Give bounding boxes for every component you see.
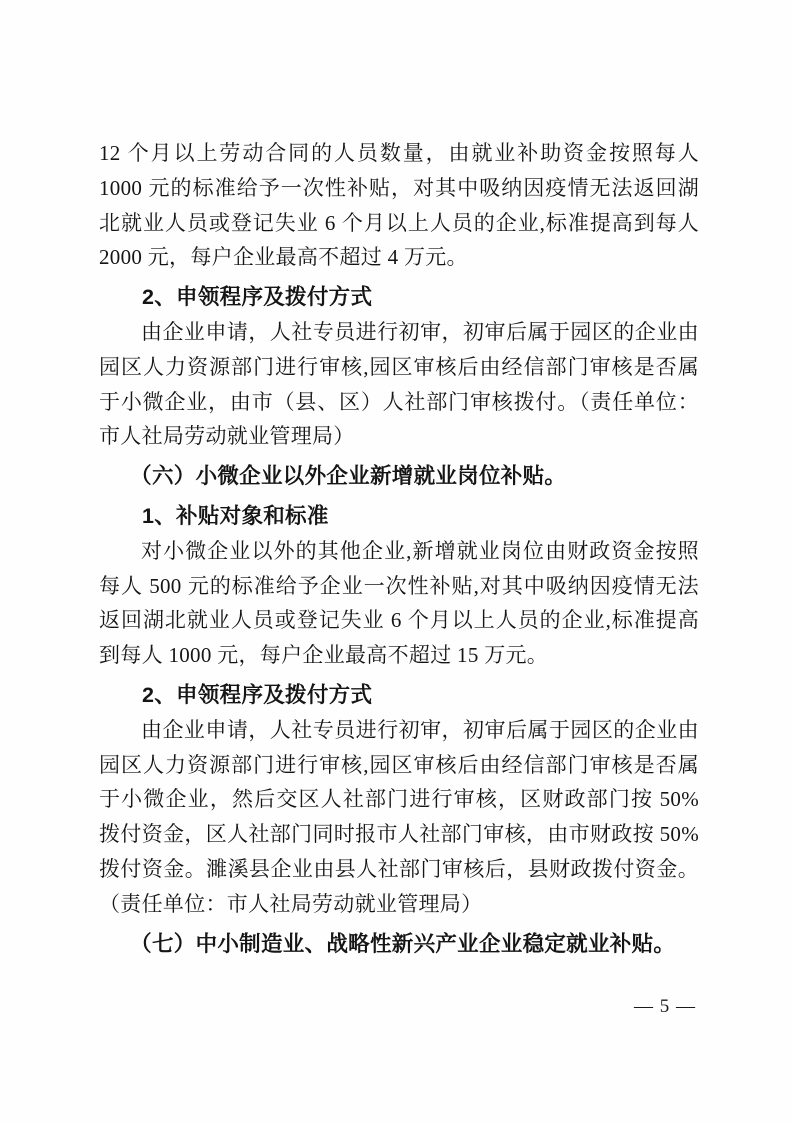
paragraph-block: 由企业申请，人社专员进行初审，初审后属于园区的企业由园区人力资源部门进行审核,园… — [99, 713, 699, 922]
text-line: 2、申领程序及拨付方式 — [99, 280, 699, 315]
text-line: 12 个月以上劳动合同的人员数量，由就业补助资金按照每人 — [99, 136, 699, 171]
paragraph-block: 12 个月以上劳动合同的人员数量，由就业补助资金按照每人1000 元的标准给予一… — [99, 136, 699, 275]
text-line: 1、补贴对象和标准 — [99, 499, 699, 534]
text-line: 园区人力资源部门进行审核,园区审核后由经信部门审核是否属 — [99, 748, 699, 783]
text-line: 返回湖北就业人员或登记失业 6 个月以上人员的企业,标准提高 — [99, 603, 699, 638]
text-line: 北就业人员或登记失业 6 个月以上人员的企业,标准提高到每人 — [99, 206, 699, 241]
text-line: 每人 500 元的标准给予企业一次性补贴,对其中吸纳因疫情无法 — [99, 569, 699, 604]
text-line: 市人社局劳动就业管理局） — [99, 419, 699, 454]
text-line: （六）小微企业以外企业新增就业岗位补贴。 — [99, 459, 699, 494]
text-line: 2、申领程序及拨付方式 — [99, 678, 699, 713]
text-line: 拨付资金。濉溪县企业由县人社部门审核后，县财政拨付资金。 — [99, 852, 699, 887]
text-line: 到每人 1000 元，每户企业最高不超过 15 万元。 — [99, 638, 699, 673]
text-line: 于小微企业，然后交区人社部门进行审核，区财政部门按 50% — [99, 782, 699, 817]
text-line: 对小微企业以外的其他企业,新增就业岗位由财政资金按照 — [99, 534, 699, 569]
text-line: 于小微企业，由市（县、区）人社部门审核拨付。（责任单位： — [99, 385, 699, 420]
text-line: （责任单位：市人社局劳动就业管理局） — [99, 887, 699, 922]
heading-block: 2、申领程序及拨付方式 — [99, 678, 699, 713]
page-number: — 5 — — [634, 996, 696, 1018]
document-page: 12 个月以上劳动合同的人员数量，由就业补助资金按照每人1000 元的标准给予一… — [0, 0, 792, 1122]
heading-block: （七）中小制造业、战略性新兴产业企业稳定就业补贴。 — [99, 927, 699, 962]
paragraph-block: 对小微企业以外的其他企业,新增就业岗位由财政资金按照每人 500 元的标准给予企… — [99, 534, 699, 673]
heading-block: 1、补贴对象和标准 — [99, 499, 699, 534]
text-line: 拨付资金，区人社部门同时报市人社部门审核，由市财政按 50% — [99, 817, 699, 852]
text-line: 2000 元，每户企业最高不超过 4 万元。 — [99, 240, 699, 275]
text-line: 1000 元的标准给予一次性补贴，对其中吸纳因疫情无法返回湖 — [99, 171, 699, 206]
heading-block: （六）小微企业以外企业新增就业岗位补贴。 — [99, 459, 699, 494]
text-line: 由企业申请，人社专员进行初审，初审后属于园区的企业由 — [99, 713, 699, 748]
document-body: 12 个月以上劳动合同的人员数量，由就业补助资金按照每人1000 元的标准给予一… — [99, 136, 699, 961]
text-line: （七）中小制造业、战略性新兴产业企业稳定就业补贴。 — [99, 927, 699, 962]
paragraph-block: 由企业申请，人社专员进行初审，初审后属于园区的企业由园区人力资源部门进行审核,园… — [99, 315, 699, 454]
text-line: 园区人力资源部门进行审核,园区审核后由经信部门审核是否属 — [99, 350, 699, 385]
heading-block: 2、申领程序及拨付方式 — [99, 280, 699, 315]
text-line: 由企业申请，人社专员进行初审，初审后属于园区的企业由 — [99, 315, 699, 350]
